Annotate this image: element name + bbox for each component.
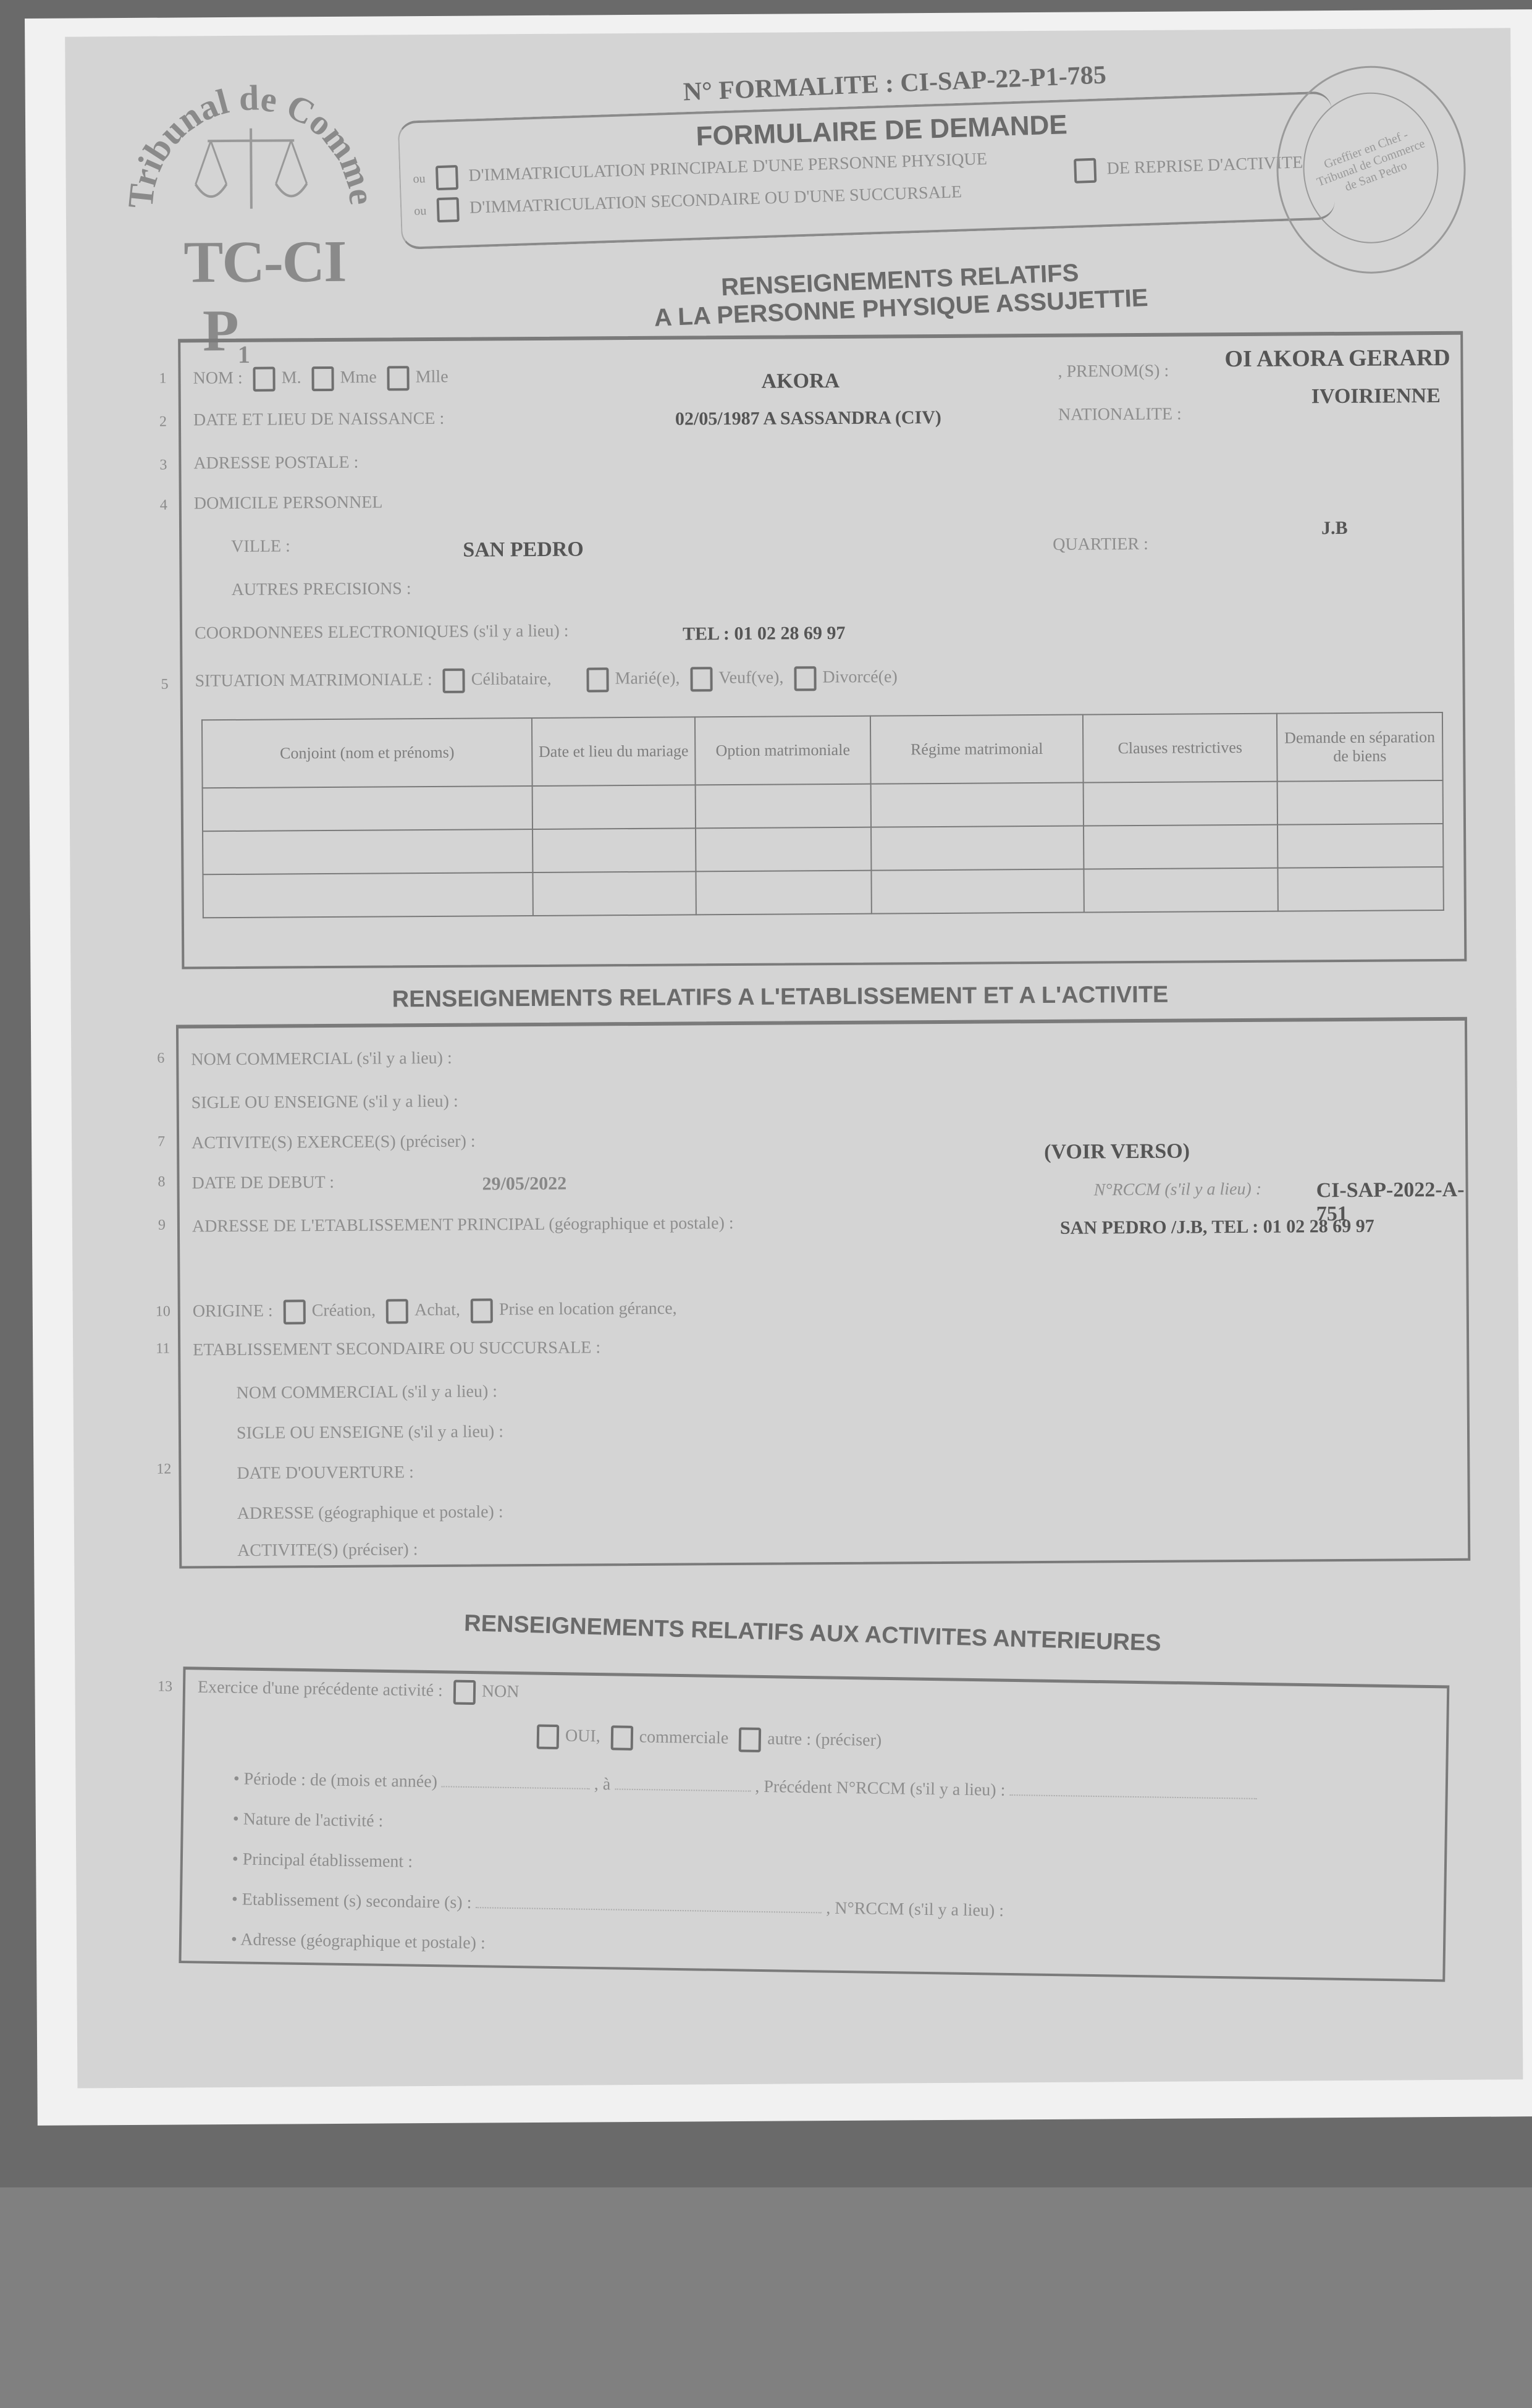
prenoms-value[interactable]: OI AKORA GERARD — [1224, 344, 1450, 373]
col-clauses: Clauses restrictives — [1083, 714, 1277, 783]
col-option: Option matrimoniale — [695, 716, 871, 785]
checkbox-achat[interactable] — [386, 1299, 408, 1324]
principal-etablissement-label: • Principal établissement : — [232, 1849, 413, 1872]
precedent-rccm-field[interactable] — [1009, 1794, 1256, 1799]
situation-matrimoniale-row: SITUATION MATRIMONIALE : Célibataire, Ma… — [195, 665, 897, 695]
section2-frame: 6 7 8 9 10 11 12 NOM COMMERCIAL (s'il y … — [176, 1017, 1470, 1569]
logo-arc-text: Tribunal de Commerce — [108, 47, 382, 210]
nature-activite-label: • Nature de l'activité : — [233, 1809, 384, 1831]
nationalite-label: NATIONALITE : — [1058, 405, 1182, 425]
secondaire-activites: ACTIVITE(S) (préciser) : — [237, 1540, 418, 1561]
table-row — [203, 824, 1443, 874]
quartier-label: QUARTIER : — [1053, 534, 1148, 555]
official-stamp: Greffier en Chef - Tribunal de Commerce … — [1276, 65, 1467, 274]
nationalite-value[interactable]: IVOIRIENNE — [1311, 384, 1441, 408]
autres-precisions-label: AUTRES PRECISIONS : — [232, 579, 411, 600]
checkbox-marie[interactable] — [586, 667, 608, 692]
section2-title: RENSEIGNEMENTS RELATIFS A L'ETABLISSEMEN… — [392, 982, 1169, 1013]
checkbox-civilite-mlle[interactable] — [387, 366, 410, 391]
precedente-activite-row: Exercice d'une précédente activité : NON — [198, 1676, 520, 1705]
checkbox-autre[interactable] — [739, 1727, 762, 1752]
section3-title: RENSEIGNEMENTS RELATIFS AUX ACTIVITES AN… — [464, 1610, 1162, 1657]
coordonnees-label: COORDONNEES ELECTRONIQUES (s'il y a lieu… — [195, 622, 569, 644]
checkbox-creation[interactable] — [284, 1299, 306, 1324]
rccm-label: N°RCCM (s'il y a lieu) : — [1094, 1180, 1262, 1201]
periode-de-field[interactable] — [442, 1786, 590, 1789]
checkbox-immatriculation-secondaire[interactable] — [437, 197, 460, 222]
periode-a-field[interactable] — [615, 1788, 751, 1791]
table-row — [203, 780, 1443, 831]
quartier-value[interactable]: J.B — [1321, 518, 1348, 539]
date-debut-value[interactable]: 29/05/2022 — [482, 1173, 566, 1195]
adresse-anterieure-label: • Adresse (géographique et postale) : — [231, 1930, 486, 1953]
document-page: Tribunal de Commerce TC-CI P1 N° FORMALI… — [65, 28, 1523, 2088]
adresse-postale-label: ADRESSE POSTALE : — [193, 453, 358, 474]
form-title: FORMULAIRE DE DEMANDE — [696, 109, 1068, 152]
checkbox-divorce[interactable] — [794, 666, 816, 691]
nom-value[interactable]: AKORA — [761, 370, 840, 394]
marital-table: Conjoint (nom et prénoms) Date et lieu d… — [201, 712, 1444, 918]
checkbox-immatriculation-principale[interactable] — [436, 165, 458, 190]
section1-title: RENSEIGNEMENTS RELATIFS A LA PERSONNE PH… — [621, 255, 1179, 334]
checkbox-civilite-mme[interactable] — [311, 366, 334, 391]
naissance-label: DATE ET LIEU DE NAISSANCE : — [193, 409, 444, 430]
nom-commercial-label: NOM COMMERCIAL (s'il y a lieu) : — [191, 1049, 452, 1070]
secondaire-sigle: SIGLE OU ENSEIGNE (s'il y a lieu) : — [237, 1422, 503, 1443]
ville-value[interactable]: SAN PEDRO — [463, 538, 584, 562]
secondaire-nom-commercial: NOM COMMERCIAL (s'il y a lieu) : — [237, 1382, 498, 1403]
etablissements-secondaires-row: • Etablissement (s) secondaire (s) : , N… — [232, 1890, 1405, 1927]
section3-frame: 13 Exercice d'une précédente activité : … — [179, 1667, 1449, 1982]
checkbox-commerciale[interactable] — [610, 1725, 633, 1751]
domicile-label: DOMICILE PERSONNEL — [194, 492, 383, 513]
periode-row: • Période : de (mois et année) , à , Pré… — [234, 1769, 1407, 1806]
col-conjoint: Conjoint (nom et prénoms) — [202, 718, 532, 788]
activites-value[interactable]: (VOIR VERSO) — [1044, 1140, 1190, 1164]
col-separation: Demande en séparation de biens — [1277, 712, 1443, 782]
secondaire-date-ouverture: DATE D'OUVERTURE : — [237, 1463, 414, 1484]
secondaire-adresse: ADRESSE (géographique et postale) : — [237, 1502, 503, 1524]
ville-label: VILLE : — [231, 536, 290, 557]
checkbox-non[interactable] — [453, 1680, 476, 1705]
checkbox-location-gerance[interactable] — [471, 1298, 493, 1323]
col-date-mariage: Date et lieu du mariage — [532, 717, 696, 786]
sigle-label: SIGLE OU ENSEIGNE (s'il y a lieu) : — [192, 1092, 458, 1113]
activites-label: ACTIVITE(S) EXERCEE(S) (préciser) : — [192, 1132, 476, 1154]
secondaire-label: ETABLISSEMENT SECONDAIRE OU SUCCURSALE : — [193, 1338, 600, 1360]
scales-of-justice-icon: Tribunal de Commerce — [108, 47, 394, 234]
etablissements-secondaires-field[interactable] — [476, 1907, 822, 1913]
table-row — [203, 867, 1443, 918]
checkbox-oui[interactable] — [537, 1725, 560, 1750]
col-regime: Régime matrimonial — [870, 715, 1084, 784]
logo-code: TC-CI — [183, 228, 346, 295]
checkbox-reprise-activite[interactable] — [1074, 158, 1096, 184]
adresse-etablissement-label: ADRESSE DE L'ETABLISSEMENT PRINCIPAL (gé… — [192, 1214, 734, 1236]
origine-row: ORIGINE : Création, Achat, Prise en loca… — [193, 1298, 677, 1325]
nom-row: NOM : M. Mme Mlle — [193, 366, 448, 392]
coordonnees-value[interactable]: TEL : 01 02 28 69 97 — [683, 623, 846, 645]
document-sheet: Tribunal de Commerce TC-CI P1 N° FORMALI… — [25, 9, 1532, 2126]
checkbox-veuf[interactable] — [690, 667, 712, 691]
naissance-value[interactable]: 02/05/1987 A SASSANDRA (CIV) — [675, 407, 941, 430]
header-banner: FORMULAIRE DE DEMANDE ou D'IMMATRICULATI… — [398, 91, 1336, 250]
checkbox-civilite-m[interactable] — [253, 367, 276, 392]
adresse-etablissement-value[interactable]: SAN PEDRO /J.B, TEL : 01 02 28 69 97 — [1060, 1216, 1374, 1239]
option-reprise-activite[interactable]: DE REPRISE D'ACTIVITE — [1067, 151, 1303, 184]
precedente-activite-options: OUI, commerciale autre : (préciser) — [531, 1724, 882, 1754]
date-debut-label: DATE DE DEBUT : — [192, 1173, 334, 1193]
prenoms-label: , PRENOM(S) : — [1058, 361, 1169, 382]
checkbox-celibataire[interactable] — [443, 669, 465, 693]
section1-frame: 1 2 3 4 5 NOM : M. Mme Mlle AKORA , PREN… — [178, 331, 1467, 970]
svg-text:Tribunal de Commerce: Tribunal de Commerce — [108, 47, 382, 210]
tribunal-logo: Tribunal de Commerce TC-CI P1 — [108, 47, 419, 308]
